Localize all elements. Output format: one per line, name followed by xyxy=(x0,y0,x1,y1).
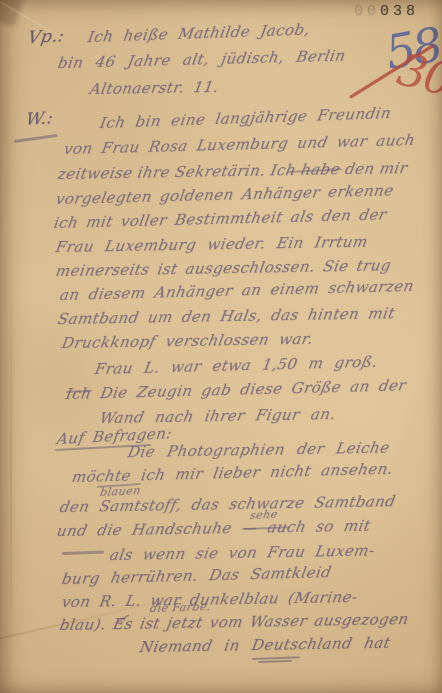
manuscript-line: vorgelegten goldenen Anhänger erkenne xyxy=(54,181,395,208)
manuscript-line: Niemand in Deutschland hat xyxy=(138,634,392,656)
manuscript-line: und die Handschuhe — auch so mit xyxy=(55,517,372,540)
stamp-digits: 038 xyxy=(380,3,419,20)
manuscript-line: blau). Es ist jetzt vom Wasser ausgezoge… xyxy=(58,610,410,634)
manuscript-line: Ich heiße Mathilde Jacob, xyxy=(86,20,311,46)
strikethrough-mark xyxy=(62,551,104,555)
manuscript-line: von Frau Rosa Luxemburg und war auch xyxy=(62,131,416,158)
manuscript-line: als wenn sie von Frau Luxem- xyxy=(108,541,376,564)
scanned-manuscript-page: 00038 58 30 Vp.: W.: Ich heiße Mathilde … xyxy=(0,0,442,693)
manuscript-line: bin 46 Jahre alt, jüdisch, Berlin xyxy=(56,47,347,72)
manuscript-line: Frau L. war etwa 1,50 m groß. xyxy=(93,353,379,378)
archive-number-stamp: 00038 xyxy=(354,3,419,20)
red-strike-mark xyxy=(349,44,434,98)
manuscript-line: meinerseits ist ausgeschlossen. Sie trug xyxy=(54,256,392,280)
manuscript-line: Frau Luxemburg wieder. Ein Irrtum xyxy=(54,233,369,256)
manuscript-line: Ich bin eine langjährige Freundin xyxy=(98,104,392,132)
margin-mark-w: W.: xyxy=(25,108,55,130)
manuscript-line: Altonaerstr. 11. xyxy=(88,78,220,98)
manuscript-line: möchte ich mir lieber nicht ansehen. xyxy=(70,460,394,486)
manuscript-line: an diesem Anhänger an einem schwarzen xyxy=(58,277,415,304)
new-page-number: 30 xyxy=(392,42,442,106)
paper-crease xyxy=(10,270,12,670)
margin-mark-vp: Vp.: xyxy=(26,26,65,48)
old-page-number: 58 xyxy=(382,18,442,82)
stamp-faint-digits: 00 xyxy=(354,3,380,20)
manuscript-line: Ich Die Zeugin gab diese Größe an der xyxy=(64,376,407,403)
manuscript-line: Die Photographien der Leiche xyxy=(126,438,391,461)
manuscript-line: Wand nach ihrer Figur an. xyxy=(98,405,337,427)
manuscript-line: Samtband um den Hals, das hinten mit xyxy=(56,304,396,328)
underline-mark xyxy=(252,656,300,659)
manuscript-line: zeitweise ihre Sekretärin. Ich habe den … xyxy=(56,159,409,183)
margin-dash-mark xyxy=(14,134,58,143)
manuscript-line: burg herrühren. Das Samtkleid xyxy=(60,563,333,588)
manuscript-line: ich mit voller Bestimmtheit als den der xyxy=(52,205,388,232)
manuscript-line: Druckknopf verschlossen war. xyxy=(60,330,315,352)
paper-corner-shadow xyxy=(0,0,24,27)
underline-mark xyxy=(258,660,292,663)
